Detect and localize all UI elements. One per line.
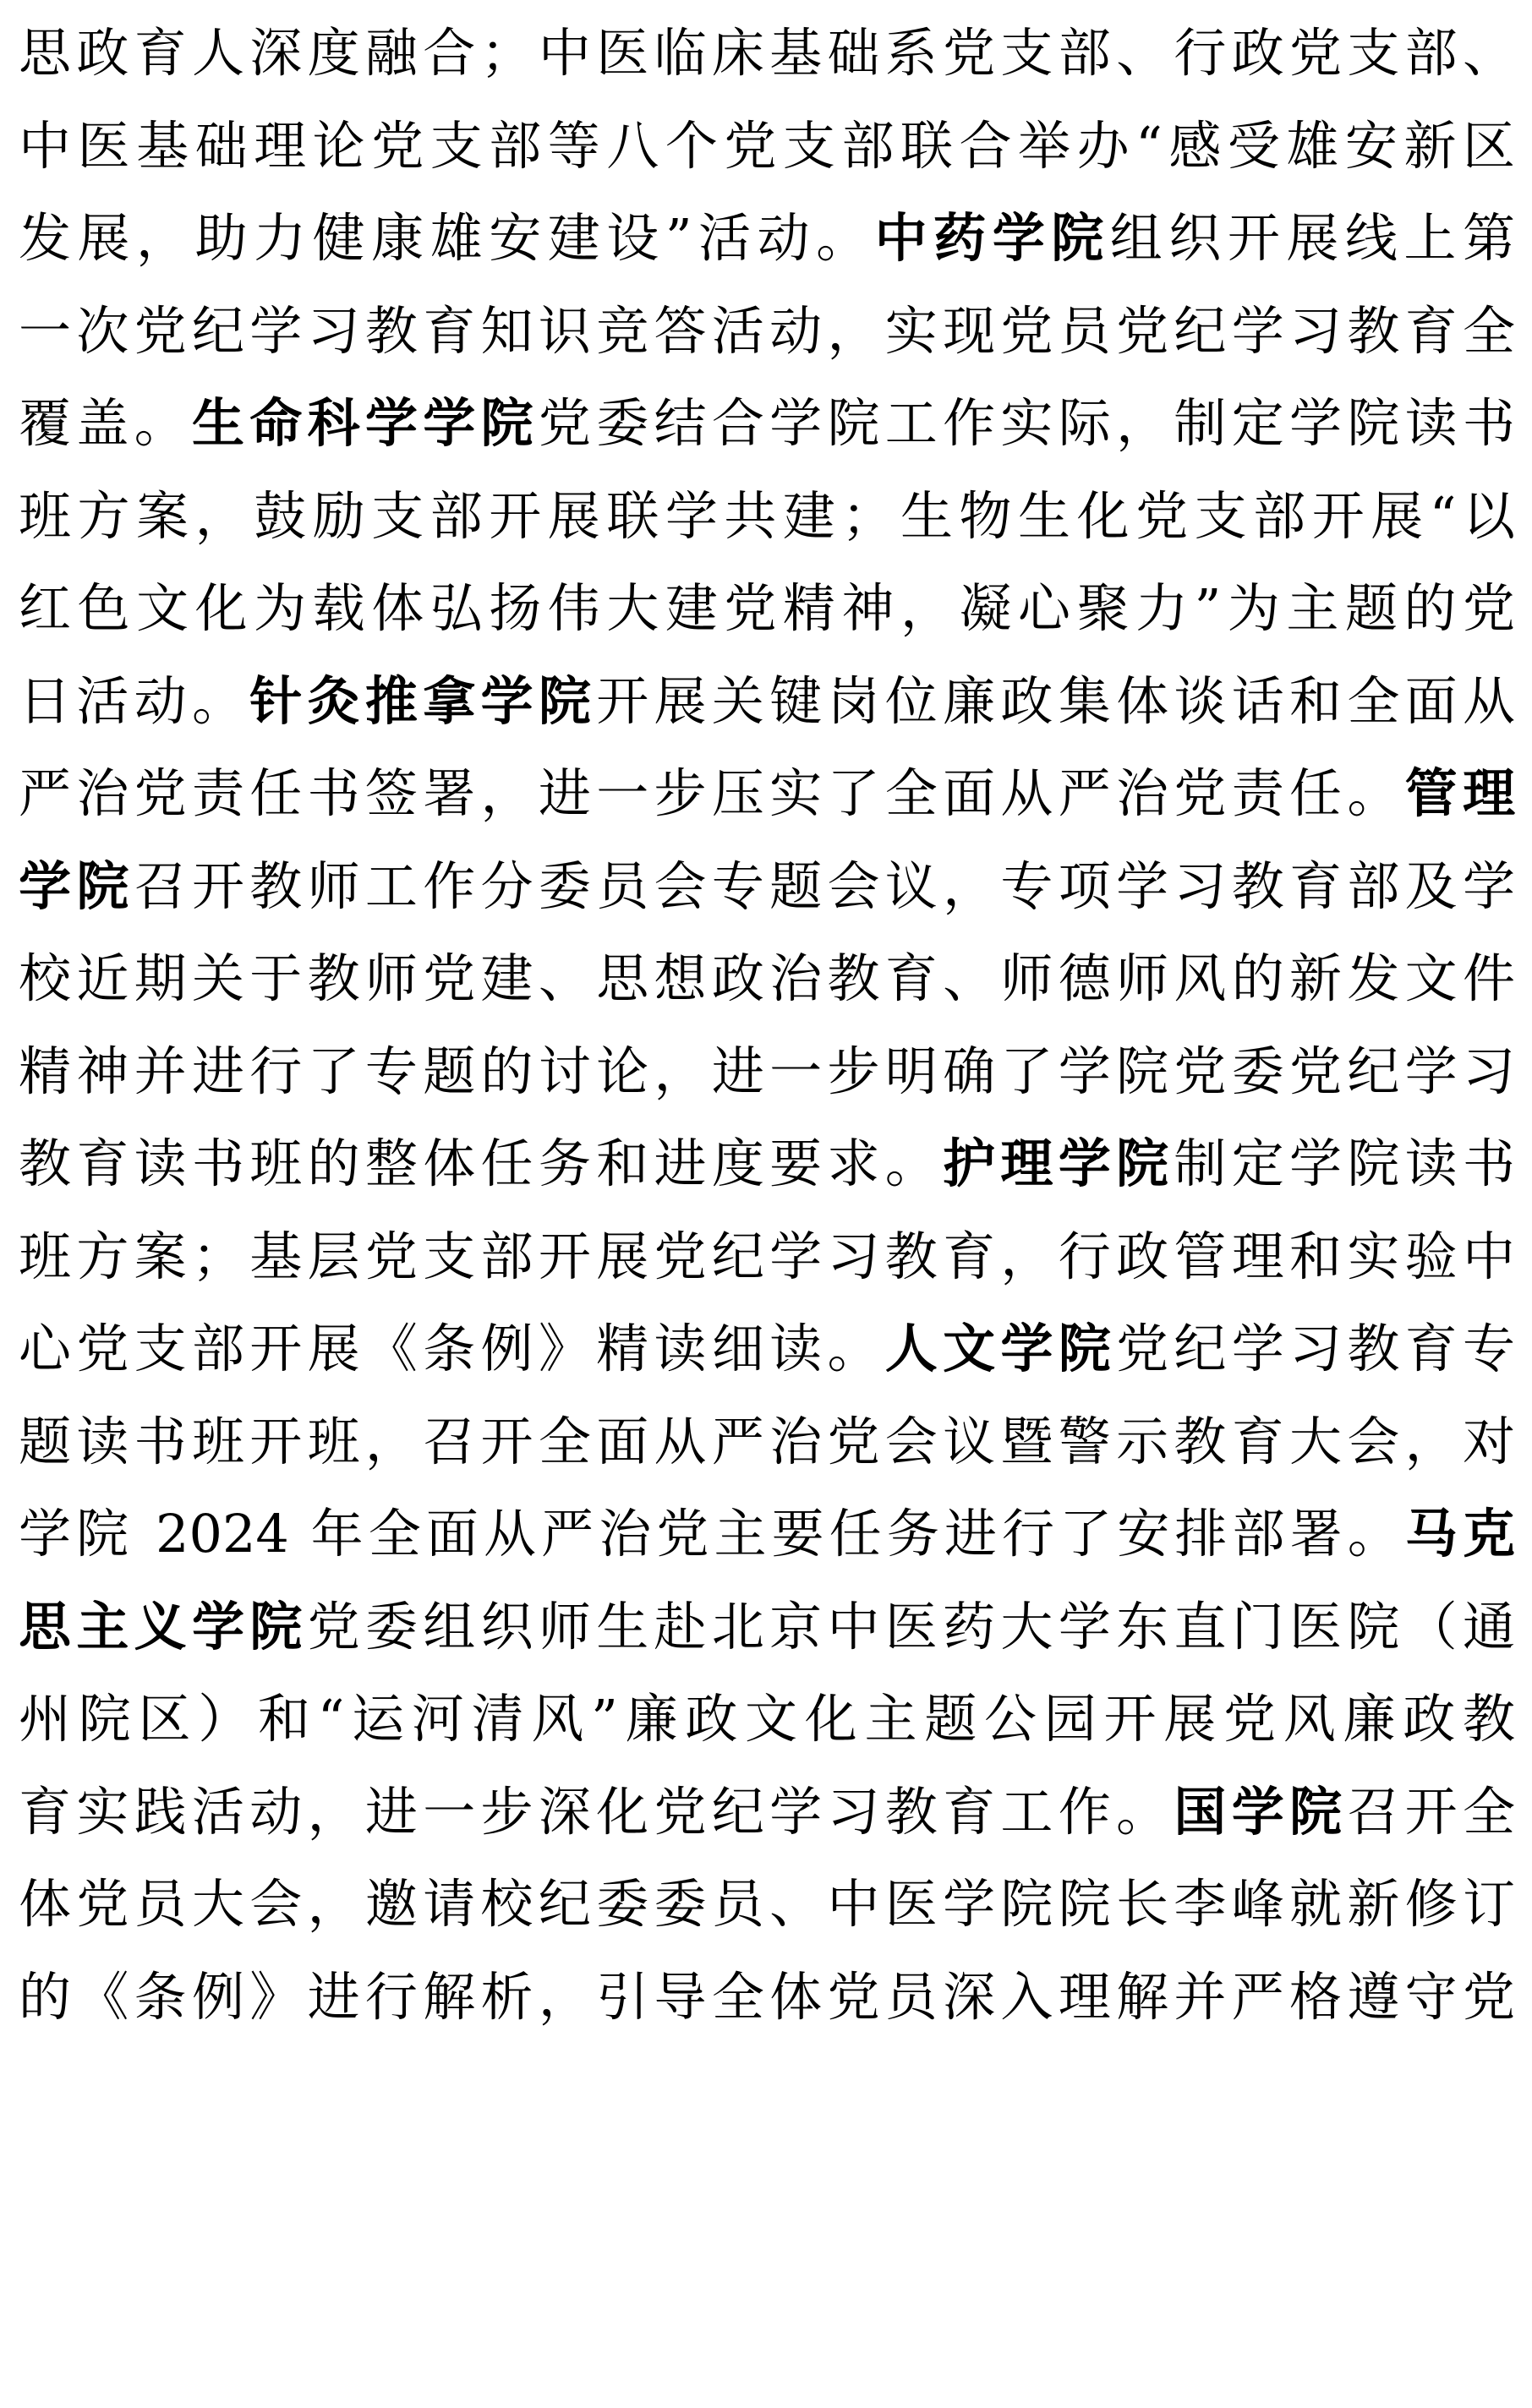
body-text: 州院区）和“运河清风”廉政文化主题公园开展党风廉政教 [19, 1688, 1515, 1750]
body-text: 思政育人深度融合；中医临床基础系党支部、行政党支部、 [19, 22, 1515, 84]
paragraph-line: 一次党纪学习教育知识竞答活动，实现党员党纪学习教育全 [19, 285, 1515, 378]
paragraph-line: 学院召开教师工作分委员会专题会议，专项学习教育部及学 [19, 840, 1515, 933]
bold-org-name: 护理学院 [943, 1133, 1174, 1194]
bold-org-name: 管理 [1405, 762, 1515, 824]
body-text: 精神并进行了专题的讨论，进一步明确了学院党委党纪学习 [19, 1040, 1515, 1102]
body-text: 班方案，鼓励支部开展联学共建；生物生化党支部开展“以 [19, 485, 1515, 547]
paragraph-line: 思政育人深度融合；中医临床基础系党支部、行政党支部、 [19, 7, 1515, 100]
paragraph-line: 学院 2024 年全面从严治党主要任务进行了安排部署。马克 [19, 1488, 1515, 1581]
bold-org-name: 学院 [19, 855, 134, 917]
body-text: 红色文化为载体弘扬伟大建党精神，凝心聚力”为主题的党 [19, 577, 1515, 639]
bold-org-name: 人文学院 [885, 1318, 1116, 1379]
paragraph-line: 的《条例》进行解析，引导全体党员深入理解并严格遵守党 [19, 1951, 1515, 2044]
body-text: 一次党纪学习教育知识竞答活动，实现党员党纪学习教育全 [19, 300, 1515, 362]
body-text: 的《条例》进行解析，引导全体党员深入理解并严格遵守党 [19, 1966, 1515, 2028]
body-text: 题读书班开班，召开全面从严治党会议暨警示教育大会，对 [19, 1411, 1515, 1472]
body-text: 班方案；基层党支部开展党纪学习教育，行政管理和实验中 [19, 1226, 1515, 1287]
bold-org-name: 思主义学院 [19, 1596, 308, 1657]
body-text: 心党支部开展《条例》精读细读。 [19, 1318, 885, 1379]
body-text: 中医基础理论党支部等八个党支部联合举办“感受雄安新区 [19, 115, 1515, 177]
paragraph-line: 育实践活动，进一步深化党纪学习教育工作。国学院召开全 [19, 1766, 1515, 1859]
body-text: 严治党责任书签署，进一步压实了全面从严治党责任。 [19, 762, 1405, 824]
paragraph-line: 教育读书班的整体任务和进度要求。护理学院制定学院读书 [19, 1117, 1515, 1210]
body-text: 日活动。 [19, 670, 249, 732]
paragraph-line: 精神并进行了专题的讨论，进一步明确了学院党委党纪学习 [19, 1025, 1515, 1118]
paragraph-line: 班方案，鼓励支部开展联学共建；生物生化党支部开展“以 [19, 470, 1515, 563]
paragraph-line: 发展，助力健康雄安建设”活动。中药学院组织开展线上第 [19, 192, 1515, 285]
paragraph-line: 州院区）和“运河清风”廉政文化主题公园开展党风廉政教 [19, 1673, 1515, 1766]
bold-org-name: 马克 [1405, 1503, 1515, 1564]
paragraph-line: 题读书班开班，召开全面从严治党会议暨警示教育大会，对 [19, 1395, 1515, 1488]
paragraph-line: 红色文化为载体弘扬伟大建党精神，凝心聚力”为主题的党 [19, 562, 1515, 655]
body-text: 教育读书班的整体任务和进度要求。 [19, 1133, 943, 1194]
paragraph-line: 中医基础理论党支部等八个党支部联合举办“感受雄安新区 [19, 100, 1515, 193]
body-text: 覆盖。 [19, 392, 192, 454]
document-page: 思政育人深度融合；中医临床基础系党支部、行政党支部、中医基础理论党支部等八个党支… [0, 0, 1532, 2408]
body-text: 体党员大会，邀请校纪委委员、中医学院院长李峰就新修订 [19, 1873, 1515, 1935]
body-text: 党委组织师生赴北京中医药大学东直门医院（通 [308, 1596, 1515, 1657]
paragraph-line: 校近期关于教师党建、思想政治教育、师德师风的新发文件 [19, 932, 1515, 1025]
body-text: 党纪学习教育专 [1116, 1318, 1515, 1379]
paragraph-line: 班方案；基层党支部开展党纪学习教育，行政管理和实验中 [19, 1210, 1515, 1303]
paragraph-line: 覆盖。生命科学学院党委结合学院工作实际，制定学院读书 [19, 377, 1515, 470]
body-text: 召开教师工作分委员会专题会议，专项学习教育部及学 [134, 855, 1515, 917]
body-text: 制定学院读书 [1174, 1133, 1515, 1194]
paragraph-line: 思主义学院党委组织师生赴北京中医药大学东直门医院（通 [19, 1581, 1515, 1674]
bold-org-name: 生命科学学院 [192, 392, 539, 454]
paragraph-line: 日活动。针灸推拿学院开展关键岗位廉政集体谈话和全面从 [19, 655, 1515, 748]
bold-org-name: 国学院 [1174, 1781, 1347, 1843]
body-text: 组织开展线上第 [1110, 207, 1515, 269]
body-text: 校近期关于教师党建、思想政治教育、师德师风的新发文件 [19, 947, 1515, 1009]
bold-org-name: 针灸推拿学院 [249, 670, 596, 732]
paragraph-line: 体党员大会，邀请校纪委委员、中医学院院长李峰就新修订 [19, 1858, 1515, 1951]
bold-org-name: 中药学院 [875, 207, 1110, 269]
body-text: 学院 2024 年全面从严治党主要任务进行了安排部署。 [19, 1503, 1405, 1564]
body-text: 发展，助力健康雄安建设”活动。 [19, 207, 875, 269]
paragraph-line: 严治党责任书签署，进一步压实了全面从严治党责任。管理 [19, 747, 1515, 840]
body-text: 召开全 [1347, 1781, 1515, 1843]
body-text: 开展关键岗位廉政集体谈话和全面从 [596, 670, 1515, 732]
body-text: 育实践活动，进一步深化党纪学习教育工作。 [19, 1781, 1174, 1843]
paragraph-line: 心党支部开展《条例》精读细读。人文学院党纪学习教育专 [19, 1302, 1515, 1395]
body-text: 党委结合学院工作实际，制定学院读书 [539, 392, 1515, 454]
